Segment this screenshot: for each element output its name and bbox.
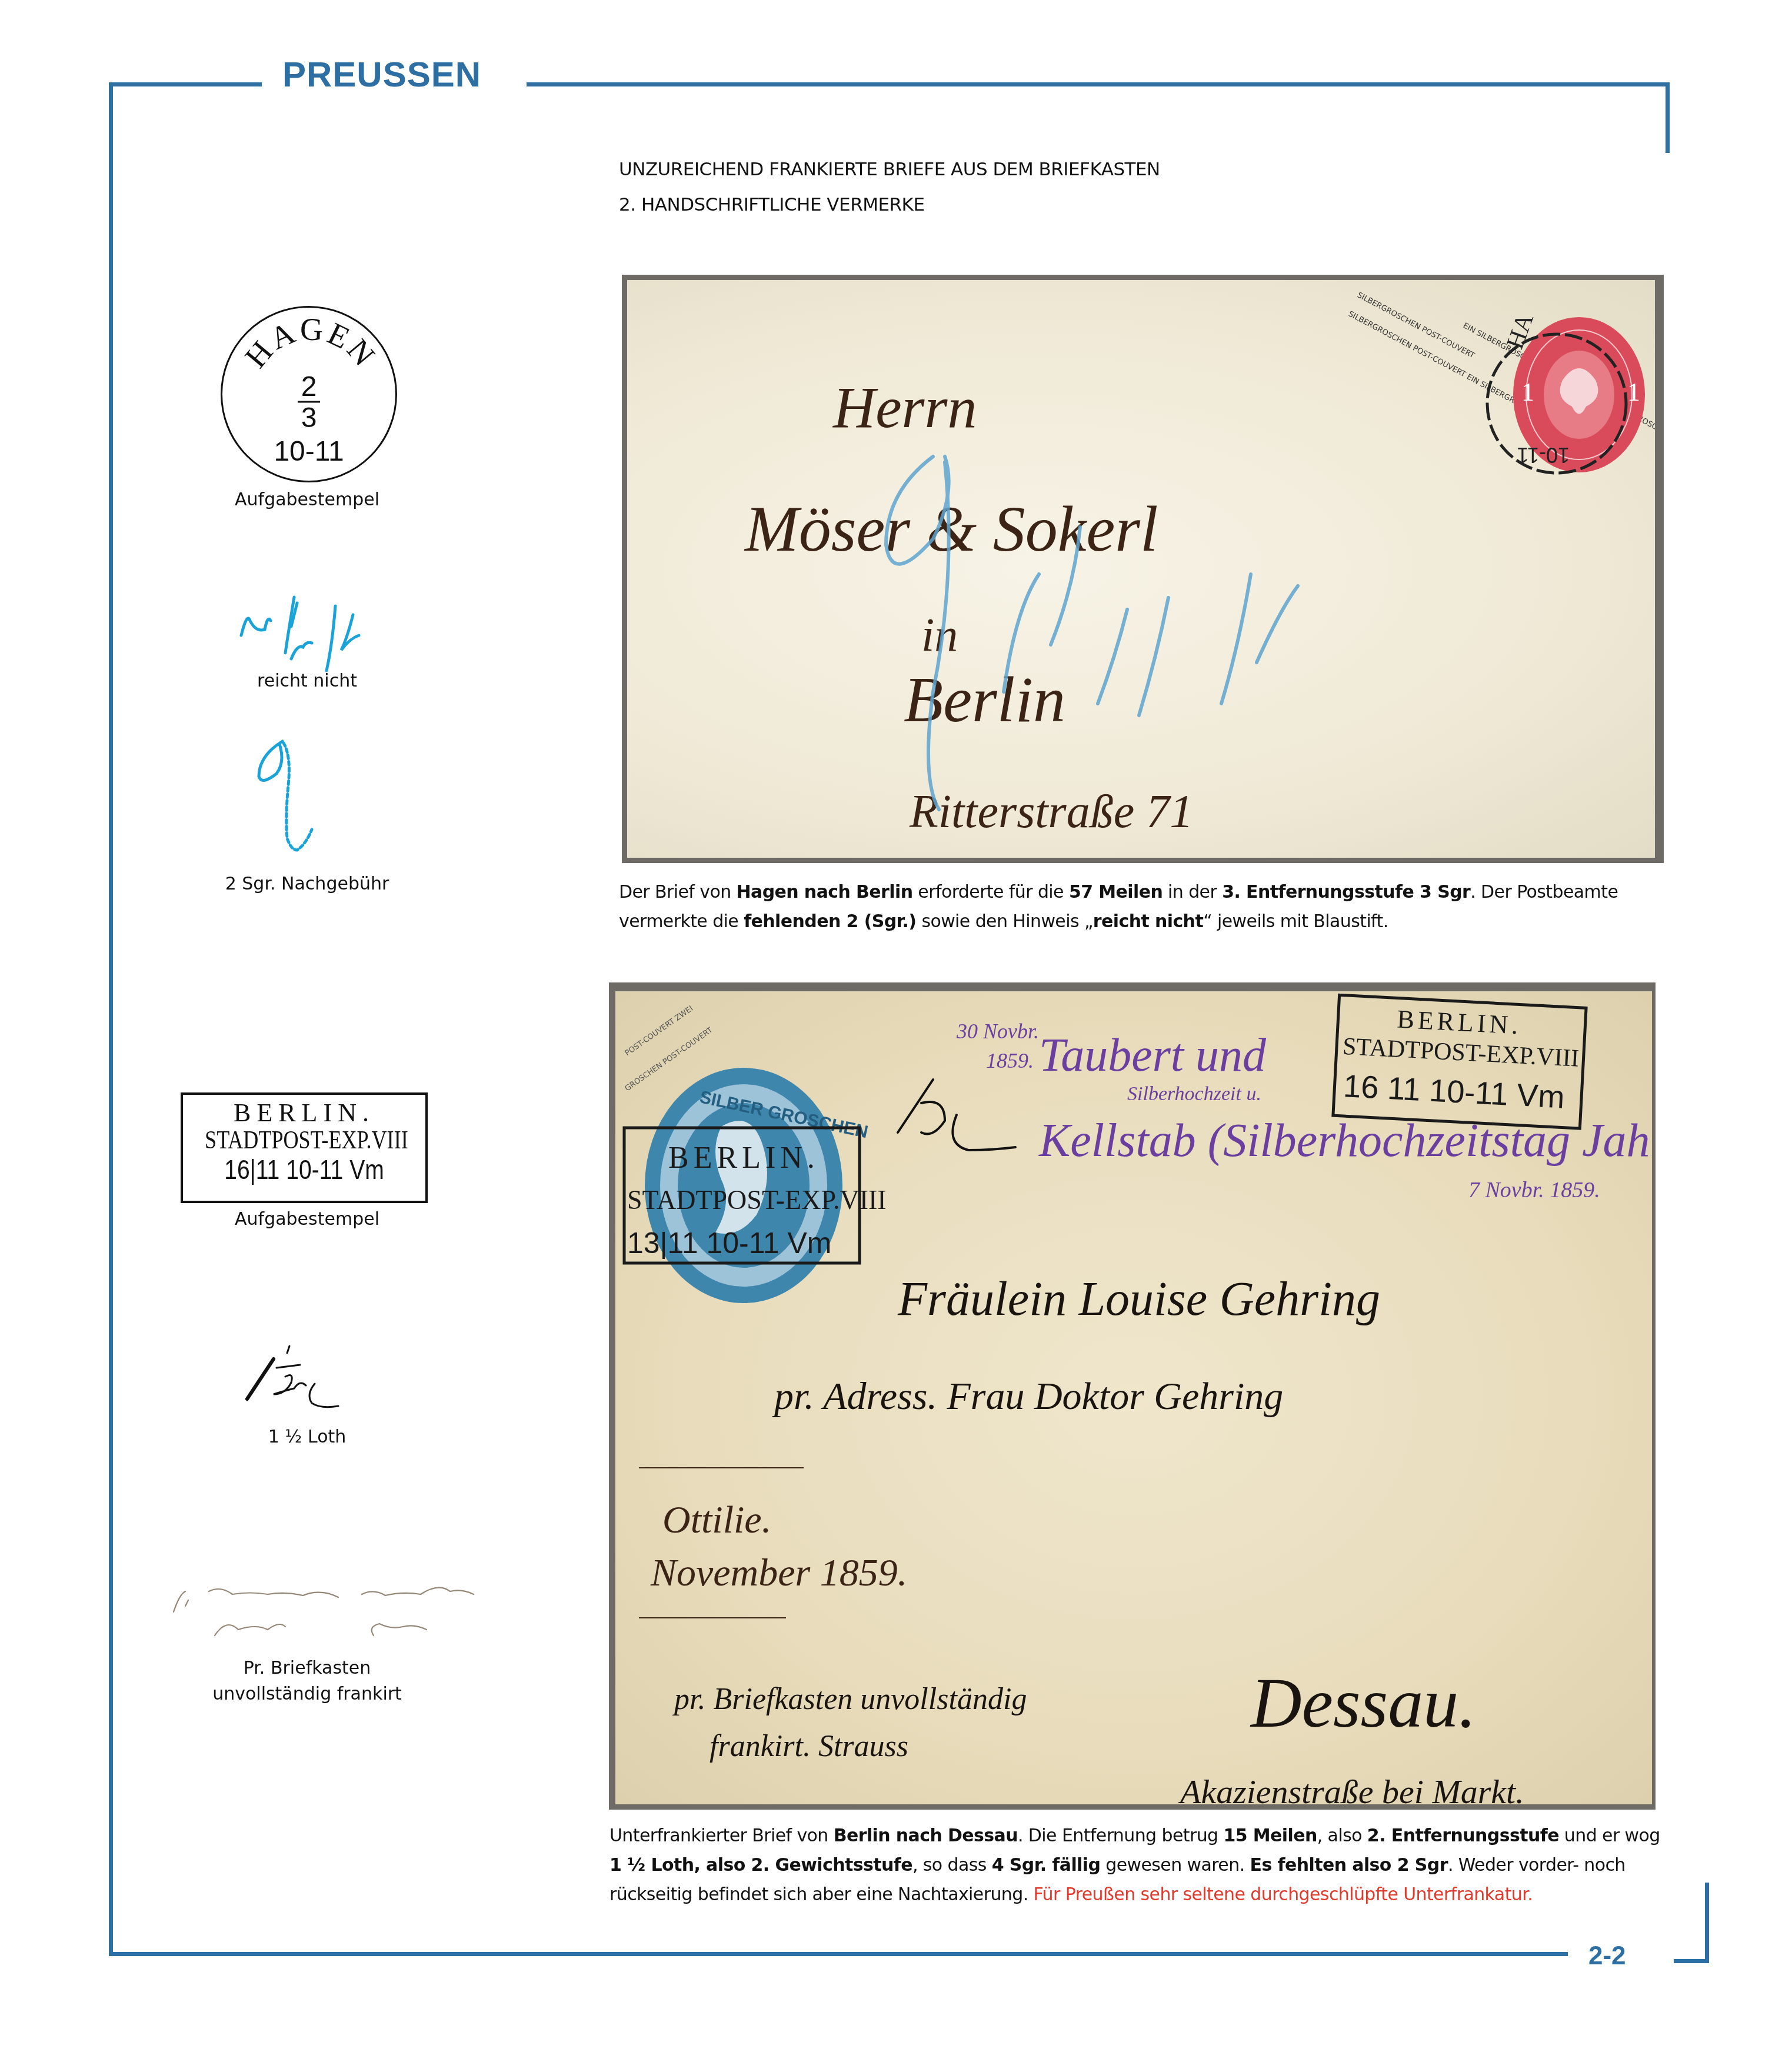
- svg-text:pr. Briefkasten unvollständig: pr. Briefkasten unvollständig: [672, 1683, 1027, 1716]
- frame-left: [109, 82, 113, 1956]
- page-number: 2-2: [1588, 1941, 1626, 1971]
- caption-run: 57 Meilen: [1069, 882, 1163, 902]
- caption-run: gewesen waren.: [1100, 1855, 1250, 1876]
- svg-text:November 1859.: November 1859.: [650, 1551, 907, 1594]
- svg-text:1: 1: [1521, 378, 1534, 407]
- svg-text:Ritterstraße 71: Ritterstraße 71: [909, 786, 1193, 838]
- svg-text:Fräulein Louise Gehring: Fräulein Louise Gehring: [897, 1272, 1380, 1325]
- caption-run: 3. Entfernungsstufe 3 Sgr: [1222, 882, 1470, 902]
- caption-run: Berlin nach Dessau: [834, 1826, 1018, 1846]
- berlin-postmark-line3: 16|11 10-11 Vm: [201, 1154, 407, 1185]
- nachgebuehr-label: 2 Sgr. Nachgebühr: [184, 874, 431, 894]
- reicht-nicht-label: reicht nicht: [184, 671, 431, 691]
- berlin-postmark-line2: STADTPOST-EXP.VIII: [205, 1127, 404, 1154]
- svg-text:Herrn: Herrn: [832, 375, 977, 440]
- envelope-berlin-dessau: POST-COUVERT ZWEI GROSCHEN POST-COUVERT …: [615, 991, 1652, 1804]
- berlin-postmark-line1: BERLIN.: [183, 1100, 425, 1127]
- svg-text:3: 3: [301, 402, 317, 434]
- reicht-nicht-handwriting: [232, 579, 374, 674]
- svg-text:HAGEN: HAGEN: [238, 311, 383, 374]
- svg-text:Silberhochzeit u.: Silberhochzeit u.: [1127, 1083, 1261, 1105]
- hagen-postmark-label: Aufgabestempel: [184, 489, 431, 510]
- svg-text:STADTPOST-EXP.VIII: STADTPOST-EXP.VIII: [627, 1185, 887, 1215]
- svg-text:16 11 10-11 Vm: 16 11 10-11 Vm: [1343, 1068, 1566, 1115]
- loth-label: 1 ½ Loth: [184, 1427, 431, 1447]
- svg-text:Möser & Sokerl: Möser & Sokerl: [744, 493, 1158, 565]
- frame-top-left: [109, 82, 262, 86]
- svg-text:BERLIN.: BERLIN.: [1396, 1005, 1522, 1040]
- section-subheading: 2. HANDSCHRIFTLICHE VERMERKE: [619, 194, 924, 215]
- envelope-hagen-berlin: SILBERGROSCHEN POST-COUVERT SILBERGROSCH…: [627, 280, 1655, 858]
- svg-text:Akazienstraße bei Markt.: Akazienstraße bei Markt.: [1178, 1773, 1524, 1804]
- caption-run: Es fehlten also 2 Sgr: [1250, 1855, 1448, 1876]
- loth-handwriting: [235, 1335, 353, 1412]
- caption-run: , so dass: [912, 1855, 992, 1876]
- svg-text:30 Novbr.: 30 Novbr.: [956, 1020, 1039, 1043]
- svg-text:7 Novbr. 1859.: 7 Novbr. 1859.: [1468, 1178, 1600, 1202]
- caption-run: Unterfrankierter Brief von: [609, 1826, 834, 1846]
- frame-bottom-right: [1674, 1959, 1709, 1963]
- caption-run: erforderte für die: [912, 882, 1068, 902]
- caption-run: 4 Sgr. fällig: [992, 1855, 1101, 1876]
- svg-text:1859.: 1859.: [986, 1049, 1034, 1072]
- svg-text:frankirt. Strauss: frankirt. Strauss: [710, 1730, 908, 1763]
- briefkasten-label-1: Pr. Briefkasten: [184, 1658, 431, 1678]
- briefkasten-label-2: unvollständig frankirt: [184, 1684, 431, 1704]
- section-heading: UNZUREICHEND FRANKIERTE BRIEFE AUS DEM B…: [619, 159, 1160, 180]
- caption-run: fehlenden 2 (Sgr.): [744, 911, 916, 932]
- caption-run: reicht nicht: [1093, 911, 1203, 932]
- svg-text:Dessau.: Dessau.: [1250, 1664, 1476, 1742]
- svg-text:1: 1: [1627, 378, 1640, 407]
- svg-text:10-11: 10-11: [1517, 443, 1570, 467]
- envelope-1-caption: Der Brief von Hagen nach Berlin erforder…: [619, 878, 1660, 937]
- caption-run: 1 ½ Loth, also 2. Gewichtsstufe: [609, 1855, 912, 1876]
- frame-right: [1666, 82, 1670, 153]
- svg-text:13|11 10-11 Vm: 13|11 10-11 Vm: [627, 1227, 831, 1260]
- svg-text:10-11: 10-11: [274, 436, 344, 467]
- svg-text:Kellstab (Silberhochzeitstag J: Kellstab (Silberhochzeitstag Jahr: [1038, 1115, 1652, 1167]
- svg-text:2: 2: [301, 371, 317, 402]
- page-title: PREUSSEN: [282, 54, 481, 95]
- svg-text:Ottilie.: Ottilie.: [662, 1498, 771, 1541]
- caption-run: sowie den Hinweis „: [916, 911, 1092, 932]
- berlin-postmark-sample: BERLIN. STADTPOST-EXP.VIII 16|11 10-11 V…: [181, 1092, 428, 1203]
- envelope-2-caption: Unterfrankierter Brief von Berlin nach D…: [609, 1821, 1663, 1910]
- caption-run: in der: [1163, 882, 1222, 902]
- briefkasten-handwriting: [168, 1565, 509, 1653]
- berlin-postmark-label: Aufgabestempel: [184, 1209, 431, 1230]
- caption-run: 2. Entfernungsstufe: [1367, 1826, 1559, 1846]
- caption-run: Für Preußen sehr seltene durchgeschlüpft…: [1034, 1884, 1533, 1905]
- svg-text:Taubert und: Taubert und: [1039, 1030, 1267, 1081]
- caption-run: Der Brief von: [619, 882, 737, 902]
- caption-run: “ jeweils mit Blaustift.: [1203, 911, 1388, 932]
- caption-run: 15 Meilen: [1223, 1826, 1317, 1846]
- hagen-postmark-sample: HAGEN 2 3 10-11: [221, 306, 397, 482]
- caption-run: Hagen nach Berlin: [737, 882, 913, 902]
- caption-run: und er wog: [1559, 1826, 1660, 1846]
- svg-text:pr. Adress. Frau Doktor Gehrin: pr. Adress. Frau Doktor Gehring: [772, 1375, 1283, 1418]
- svg-text:STADTPOST-EXP.VIII: STADTPOST-EXP.VIII: [1342, 1033, 1580, 1072]
- nachgebuehr-handwriting: [247, 732, 329, 862]
- frame-right-lower: [1705, 1883, 1709, 1963]
- frame-top-right: [527, 82, 1670, 86]
- frame-bottom: [109, 1952, 1568, 1956]
- caption-run: , also: [1317, 1826, 1367, 1846]
- caption-run: . Die Entfernung betrug: [1018, 1826, 1223, 1846]
- svg-text:BERLIN.: BERLIN.: [668, 1141, 820, 1175]
